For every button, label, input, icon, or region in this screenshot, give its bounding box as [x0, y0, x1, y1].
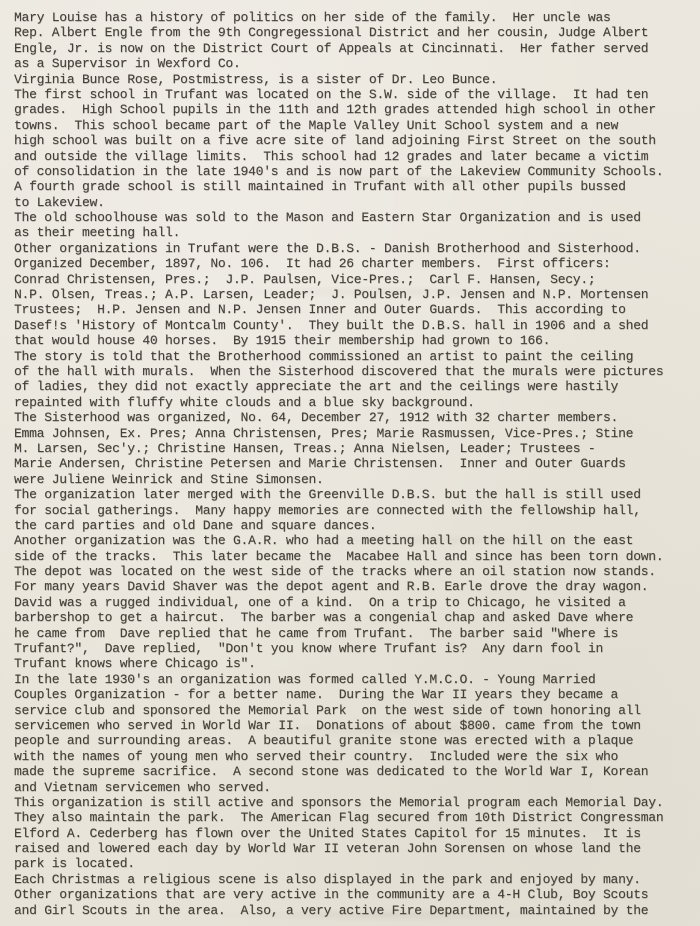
text-line: Trufant?", Dave replied, "Don't you know…	[14, 641, 692, 656]
text-line: servicemen who served in World War II. D…	[14, 718, 692, 733]
text-line: The first school in Trufant was located …	[14, 87, 692, 102]
text-line: The depot was located on the west side o…	[14, 564, 692, 579]
text-line: raised and lowered each day by World War…	[14, 841, 692, 856]
text-line: The organization later merged with the G…	[14, 487, 692, 502]
typewritten-text-block: Mary Louise has a history of politics on…	[14, 10, 692, 918]
text-line: to Lakeview.	[14, 195, 692, 210]
text-line: Dasef!s 'History of Montcalm County'. Th…	[14, 318, 692, 333]
text-line: The story is told that the Brotherhood c…	[14, 349, 692, 364]
text-line: as their meeting hall.	[14, 225, 692, 240]
text-line: side of the tracks. This later became th…	[14, 549, 692, 564]
text-line: M. Larsen, Sec'y.; Christine Hansen, Tre…	[14, 441, 692, 456]
text-line: high school was built on a five acre sit…	[14, 133, 692, 148]
text-line: as a Supervisor in Wexford Co.	[14, 56, 692, 71]
text-line: Rep. Albert Engle from the 9th Congreges…	[14, 25, 692, 40]
text-line: David was a rugged individual, one of a …	[14, 595, 692, 610]
text-line: of the hall with murals. When the Sister…	[14, 364, 692, 379]
text-line: and Girl Scouts in the area. Also, a ver…	[14, 903, 692, 918]
text-line: park is located.	[14, 856, 692, 871]
text-line: They also maintain the park. The America…	[14, 810, 692, 825]
text-line: of ladies, they did not exactly apprecia…	[14, 379, 692, 394]
text-line: The old schoolhouse was sold to the Maso…	[14, 210, 692, 225]
text-line: Trustees; H.P. Jensen and N.P. Jensen In…	[14, 302, 692, 317]
text-line: N.P. Olsen, Treas.; A.P. Larsen, Leader;…	[14, 287, 692, 302]
text-line: Trufant knows where Chicago is".	[14, 656, 692, 671]
text-line: Emma Johnsen, Ex. Pres; Anna Christensen…	[14, 426, 692, 441]
text-line: A fourth grade school is still maintaine…	[14, 179, 692, 194]
text-line: Virginia Bunce Rose, Postmistress, is a …	[14, 72, 692, 87]
text-line: Engle, Jr. is now on the District Court …	[14, 41, 692, 56]
text-line: were Juliene Weinrick and Stine Simonsen…	[14, 472, 692, 487]
text-line: repainted with fluffy white clouds and a…	[14, 395, 692, 410]
text-line: made the supreme sacrifice. A second sto…	[14, 764, 692, 779]
text-line: and outside the village limits. This sch…	[14, 149, 692, 164]
text-line: for social gatherings. Many happy memori…	[14, 503, 692, 518]
text-line: the card parties and old Dane and square…	[14, 518, 692, 533]
text-line: In the late 1930's an organization was f…	[14, 672, 692, 687]
text-line: barbershop to get a haircut. The barber …	[14, 610, 692, 625]
text-line: grades. High School pupils in the 11th a…	[14, 102, 692, 117]
text-line: Couples Organization - for a better name…	[14, 687, 692, 702]
text-line: The Sisterhood was organized, No. 64, De…	[14, 410, 692, 425]
text-line: This organization is still active and sp…	[14, 795, 692, 810]
text-line: Organized December, 1897, No. 106. It ha…	[14, 256, 692, 271]
text-line: Elford A. Cederberg has flown over the U…	[14, 826, 692, 841]
text-line: Each Christmas a religious scene is also…	[14, 872, 692, 887]
text-line: Other organizations that are very active…	[14, 887, 692, 902]
text-line: Mary Louise has a history of politics on…	[14, 10, 692, 25]
text-line: with the names of young men who served t…	[14, 749, 692, 764]
text-line: Another organization was the G.A.R. who …	[14, 533, 692, 548]
text-line: and Vietnam servicemen who served.	[14, 780, 692, 795]
text-line: he came from Dave replied that he came f…	[14, 626, 692, 641]
text-line: people and surrounding areas. A beautifu…	[14, 733, 692, 748]
text-line: For many years David Shaver was the depo…	[14, 579, 692, 594]
text-line: Other organizations in Trufant were the …	[14, 241, 692, 256]
text-line: towns. This school became part of the Ma…	[14, 118, 692, 133]
text-line: of consolidation in the late 1940's and …	[14, 164, 692, 179]
text-line: Marie Andersen, Christine Petersen and M…	[14, 456, 692, 471]
text-line: that would house 40 horses. By 1915 thei…	[14, 333, 692, 348]
text-line: service club and sponsored the Memorial …	[14, 703, 692, 718]
text-line: Conrad Christensen, Pres.; J.P. Paulsen,…	[14, 272, 692, 287]
document-page: Mary Louise has a history of politics on…	[0, 0, 700, 926]
